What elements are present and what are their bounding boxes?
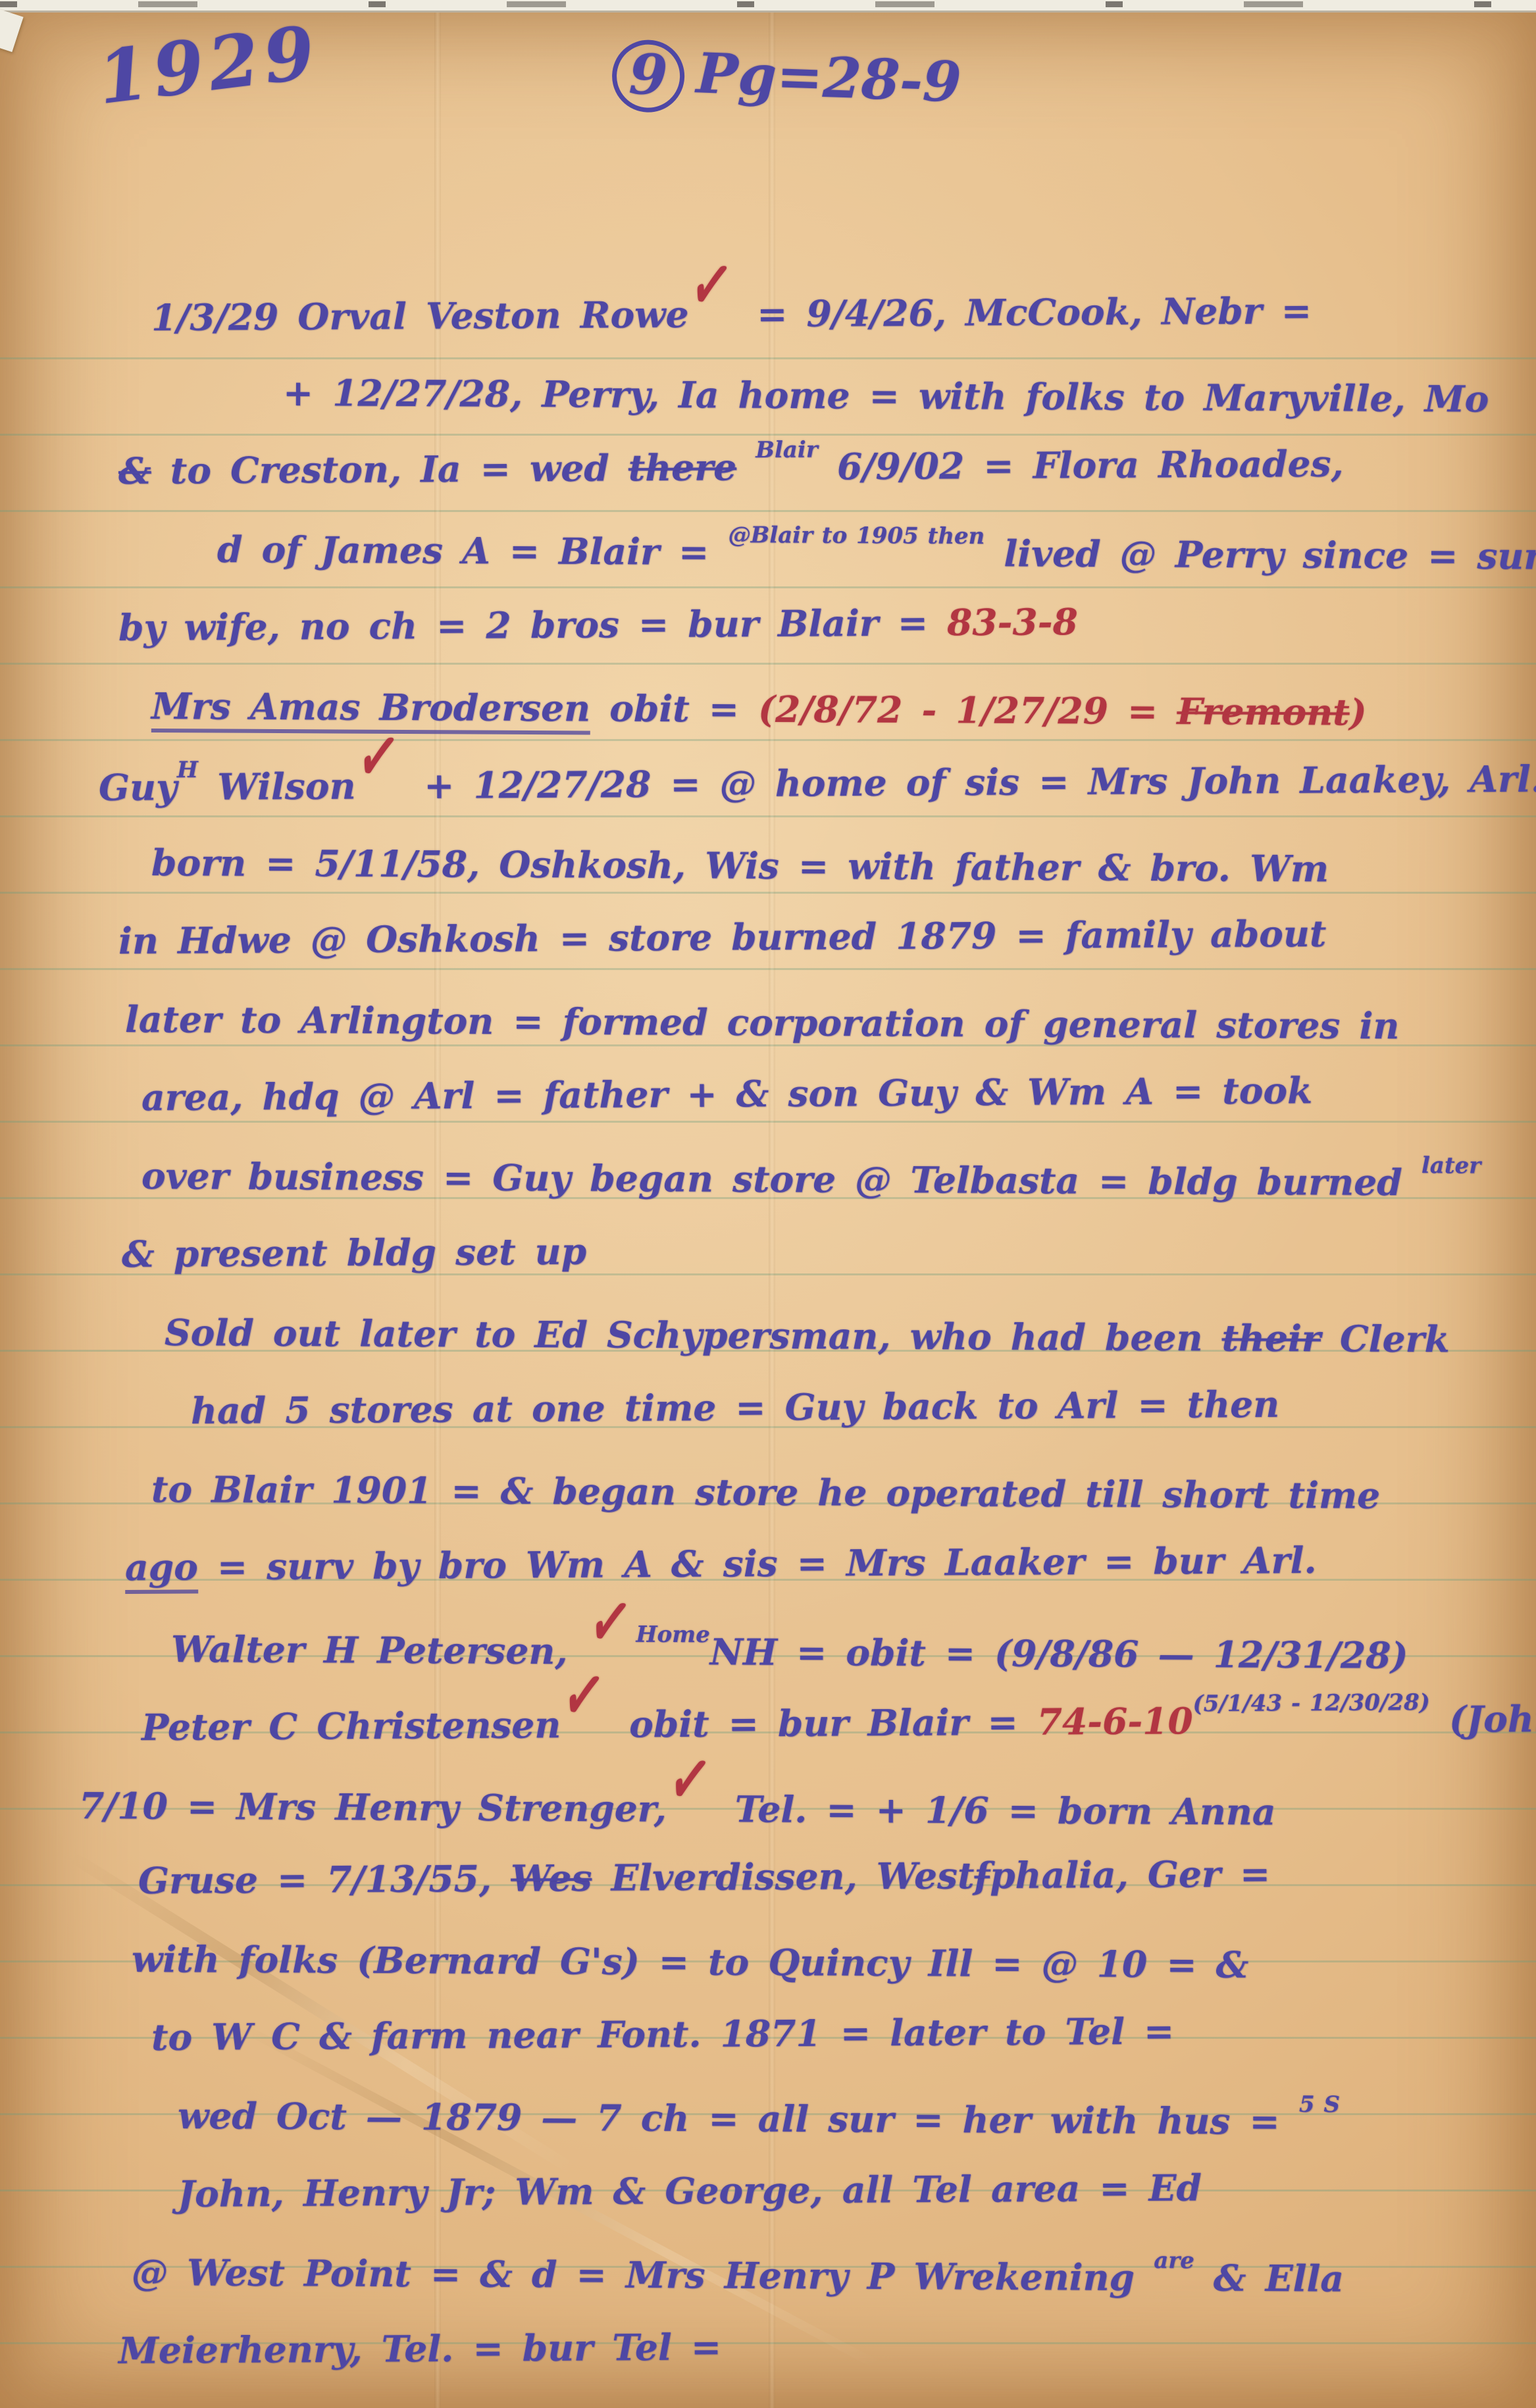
handwritten-line: Meierhenry, Tel. = bur Tel = [118, 2303, 1530, 2390]
text-segment: Clerk [1321, 1317, 1450, 1360]
text-segment: NH = obit = (9/8/86 — 12/31/28) [710, 1630, 1408, 1677]
text-segment: area, hdq @ Arl = father + & son Guy & W… [141, 1069, 1313, 1119]
text-segment: @Blair to 1905 then [728, 522, 985, 550]
handwritten-notebook-page: 1929 9Pg=28-9 1/3/29 Orval Veston Rowe✓ … [0, 0, 1536, 2408]
text-segment: & [118, 449, 151, 492]
text-segment: 74-6-10 [1037, 1699, 1193, 1743]
text-segment: later [1421, 1152, 1481, 1179]
torn-paper-corner [0, 9, 24, 52]
text-segment: Gruse = 7/13/55, [138, 1857, 511, 1902]
text-segment: Wilson [198, 765, 356, 808]
text-segment: born = 5/11/58, Oshkosh, Wis = with fath… [151, 841, 1329, 890]
text-segment: Sold out later to Ed Schypersman, who ha… [165, 1311, 1222, 1359]
text-segment: obit = [590, 686, 758, 730]
text-segment: 83-3-8 [947, 600, 1078, 644]
handwritten-line: GuyH Wilson✓ + 12/27/28 = @ home of sis … [99, 736, 1530, 823]
page-number-text: Pg=28-9 [696, 40, 963, 115]
circled-page-number: 9 [611, 39, 686, 114]
text-segment: H [177, 757, 198, 783]
handwritten-line: John, Henry Jr; Wm & George, all Tel are… [178, 2146, 1530, 2233]
text-segment: to Blair 1901 = & began store he operate… [151, 1468, 1380, 1517]
handwritten-line: in Hdwe @ Oshkosh = store burned 1879 = … [118, 893, 1530, 980]
handwritten-line: had 5 stores at one time = Guy back to A… [191, 1364, 1530, 1450]
handwritten-line: by wife, no ch = 2 bros = bur Blair = 83… [118, 580, 1530, 667]
text-segment: to W C & farm near Font. 1871 = later to… [151, 2010, 1175, 2059]
text-segment: Walter H Petersen, [171, 1627, 587, 1672]
text-segment: 6/9/02 = Flora Rhoades, [818, 442, 1344, 488]
text-segment: Guy [99, 765, 177, 809]
text-segment: their [1221, 1316, 1321, 1360]
text-segment: in Hdwe @ Oshkosh = store burned 1879 = … [118, 912, 1327, 962]
red-checkmark: ✓ [683, 223, 741, 346]
text-segment: phalia, Ger = [990, 1852, 1270, 1897]
text-segment: 5 S [1299, 2091, 1340, 2118]
text-segment: @ West Point = & d = Mrs Henry P Wrekeni… [132, 2251, 1154, 2299]
handwritten-line: & present bldg set up [122, 1206, 1530, 1293]
text-segment: Tel. = + 1/6 = born Anna [715, 1787, 1275, 1833]
scan-edge-marks [0, 1, 1536, 7]
text-segment: = surv by bro Wm A & sis = Mrs Laaker = … [198, 1539, 1317, 1588]
handwritten-line: & to Creston, Ia = wed there Blair 6/9/0… [118, 423, 1530, 510]
text-segment: John, Henry Jr; Wm & George, all Tel are… [178, 2166, 1202, 2215]
text-segment: over business = Guy began store @ Telbas… [141, 1154, 1421, 1204]
text-segment: (2/8/72 - 1/27/29 = [758, 688, 1177, 732]
text-segment: d of James A = Blair = [217, 528, 729, 573]
text-segment: f [974, 1854, 990, 1897]
handwritten-line: 1/3/29 Orval Veston Rowe✓ = 9/4/26, McCo… [151, 267, 1530, 353]
text-segment: + 12/27/28 = @ home of sis = Mrs John La… [405, 757, 1536, 807]
text-segment: lived @ Perry since = sur [985, 532, 1536, 577]
text-segment: (John H's father) [1430, 1696, 1536, 1741]
text-segment: with folks (Bernard G's) = to Quincy Ill… [132, 1937, 1249, 1986]
text-segment: & present bldg set up [122, 1230, 586, 1275]
text-segment: Elverdissen, West [592, 1854, 974, 1899]
text-segment: + 12/27/28, Perry, Ia home = with folks … [283, 371, 1489, 421]
handwritten-line: Peter C Christensen✓ obit = bur Blair = … [141, 1676, 1530, 1763]
text-segment: Blair [755, 437, 818, 464]
text-segment: ) [1350, 691, 1367, 734]
text-segment: Home [636, 1622, 710, 1649]
handwritten-line: ago = surv by bro Wm A & sis = Mrs Laake… [125, 1520, 1530, 1606]
text-segment: Peter C Christensen [141, 1703, 561, 1749]
text-segment: Wes [511, 1857, 592, 1900]
text-segment: wed Oct — 1879 — 7 ch = all sur = her wi… [178, 2094, 1299, 2143]
text-segment: there [628, 446, 737, 489]
text-segment [736, 446, 756, 488]
text-segment: ago [125, 1545, 198, 1594]
handwritten-lines-container: 1/3/29 Orval Veston Rowe✓ = 9/4/26, McCo… [0, 275, 1529, 2390]
year-label: 1929 [93, 9, 324, 120]
page-label: 9Pg=28-9 [611, 38, 962, 123]
text-segment: by wife, no ch = 2 bros = bur Blair = [118, 601, 948, 649]
handwritten-line: area, hdq @ Arl = father + & son Guy & W… [141, 1050, 1530, 1137]
scan-edge [0, 0, 1536, 13]
text-segment: & Ella [1194, 2256, 1344, 2299]
text-segment: had 5 stores at one time = Guy back to A… [191, 1383, 1279, 1432]
text-segment: Meierhenry, Tel. = bur Tel = [118, 2325, 721, 2372]
text-segment: to Creston, Ia = wed [151, 446, 628, 492]
text-segment: = 9/4/26, McCook, Nebr = [738, 289, 1312, 335]
text-segment: later to Arlington = formed corporation … [125, 998, 1400, 1047]
text-segment: obit = bur Blair = [610, 1701, 1037, 1746]
text-segment: are [1154, 2247, 1194, 2274]
text-segment: Fremont [1177, 690, 1350, 733]
text-segment: (5/1/43 - 12/30/28) [1192, 1689, 1429, 1717]
text-segment: 1/3/29 Orval Veston Rowe [151, 293, 689, 339]
handwritten-line: to W C & farm near Font. 1871 = later to… [151, 1989, 1530, 2076]
handwritten-line: Gruse = 7/13/55, Wes Elverdissen, Westfp… [138, 1833, 1530, 1920]
text-segment: 7/10 = Mrs Henry Strenger, [79, 1784, 667, 1830]
